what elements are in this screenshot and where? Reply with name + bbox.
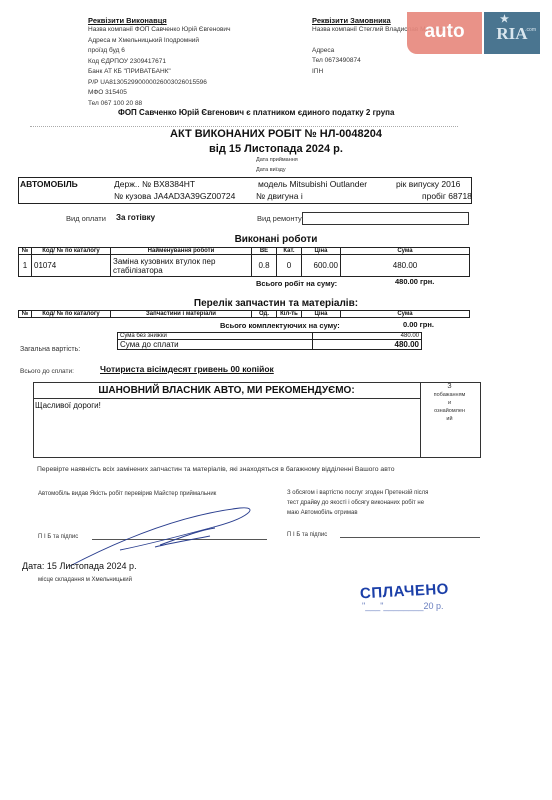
paid-stamp: СПЛАЧЕНО [360, 581, 450, 603]
acknowledged-column: З побажанням и ознайомлен ий [420, 383, 479, 423]
parts-title: Перелік запчастин та матеріалів: [0, 298, 552, 309]
repair-type-label: Вид ремонту [257, 214, 302, 225]
contractor-bank: Банк АТ КБ "ПРИВАТБАНК" [88, 67, 230, 78]
parts-col-code: Код/ № по каталогу [32, 311, 111, 318]
customer-ipn: ІПН [312, 67, 461, 78]
works-col-cat: Кат. [277, 248, 302, 255]
contractor-address-2: проїзд буд 6 [88, 46, 230, 57]
works-total-value: 480.00 грн. [395, 277, 434, 286]
recommend-text: Щасливої дороги! [35, 401, 101, 410]
payment-type-value: За готівку [116, 213, 155, 222]
works-cell-no: 1 [19, 255, 32, 277]
customer-phone: Тел 0673490874 [312, 56, 461, 67]
works-header-row: № Код/ № по каталогу Найменування роботи… [19, 248, 470, 255]
vehicle-mileage: пробіг 68718 [422, 191, 472, 201]
act-date: від 15 Листопада 2024 р. [0, 143, 552, 155]
to-pay-value: 480.00 [313, 340, 422, 350]
parts-col-no: № [19, 311, 32, 318]
parts-header-row: № Код/ № по каталогу Запчастини і матері… [19, 311, 470, 318]
works-table: № Код/ № по каталогу Найменування роботи… [18, 247, 470, 277]
left-signature-caption: Автомобіль видав Якість робіт перевірив … [38, 489, 216, 499]
logo-auto-text: auto [424, 21, 464, 42]
no-discount-label: Сума без знижки [118, 333, 313, 340]
autoria-logo-auto: auto [407, 12, 482, 54]
payment-type-label: Вид оплати [66, 214, 106, 225]
summary-row-no-discount: Сума без знижки 480.00 [118, 333, 422, 340]
ack-line-5: ий [420, 415, 479, 423]
right-signature-caption: З обсягом і вартістю послуг згоден Прете… [287, 488, 428, 518]
works-cell-price: 600.00 [302, 255, 341, 277]
footer-place: місце складання м Хмельницький [38, 575, 132, 585]
contractor-edrpou: Код ЄДРПОУ 2309417671 [88, 57, 230, 68]
ack-line-4: ознайомлен [420, 407, 479, 415]
date-received-label: Дата приймання [256, 157, 298, 163]
logo-com-text: .com [525, 8, 536, 52]
contractor-address: Адреса м Хмельницький Іподромний [88, 36, 230, 47]
works-col-sum: Сума [341, 248, 470, 255]
date-out-label: Дата виїзду [256, 167, 286, 173]
total-in-words-value: Чотириста вісімдесят гривень 00 копійок [100, 364, 274, 374]
parts-col-qty: Кіл-ть [277, 311, 302, 318]
vehicle-engine: № двигуна і [256, 191, 303, 201]
right-signature-line[interactable] [340, 537, 480, 538]
right-signature-label: П І Б та підпис [287, 530, 327, 540]
parts-col-price: Ціна [302, 311, 341, 318]
vehicle-plate: Держ.. № BX8384HT [114, 179, 195, 189]
vehicle-model: модель Mitsubishi Outlander [258, 179, 367, 189]
contractor-title: Реквізити Виконавця [88, 16, 230, 25]
works-title: Виконані роботи [0, 234, 552, 245]
footer-date: Дата: 15 Листопада 2024 р. [22, 561, 137, 571]
vehicle-label: АВТОМОБІЛЬ [20, 179, 78, 189]
works-col-name: Найменування роботи [111, 248, 252, 255]
works-cell-sum: 480.00 [341, 255, 470, 277]
works-cell-ve: 0.8 [252, 255, 277, 277]
autoria-logo-ria: ★ RIA .com [484, 12, 540, 54]
works-cell-code: 01074 [32, 255, 111, 277]
vehicle-vin: № кузова JA4AD3A39GZ00724 [114, 191, 235, 201]
act-title: АКТ ВИКОНАНИХ РОБІТ № НЛ-0048204 [0, 128, 552, 140]
right-caption-line-2: тест драйву до якості і обсягу виконаних… [287, 498, 428, 508]
vehicle-year: рік випуску 2016 [396, 179, 460, 189]
overall-cost-label: Загальна вартість: [20, 345, 80, 356]
right-caption-line-1: З обсягом і вартістю послуг згоден Прете… [287, 488, 428, 498]
summary-row-to-pay: Сума до сплати 480.00 [118, 340, 422, 350]
parts-total-label: Всього комплектуючих на суму: [220, 321, 340, 330]
summary-table: Сума без знижки 480.00 Сума до сплати 48… [117, 332, 422, 350]
contractor-block: Реквізити Виконавця Назва компанії ФОП С… [88, 16, 230, 109]
table-row: 1 01074 Заміна кузовних втулок перстабіл… [19, 255, 470, 277]
parts-col-sum: Сума [341, 311, 470, 318]
works-cell-cat: 0 [277, 255, 302, 277]
parts-total-value: 0.00 грн. [403, 320, 434, 329]
notice-text: Перевірте наявність всіх замінених запча… [37, 465, 394, 475]
parts-col-unit: Од. [252, 311, 277, 318]
works-col-ve: ВЕ [252, 248, 277, 255]
repair-type-field[interactable] [302, 212, 469, 225]
total-in-words-label: Всього до сплати: [20, 367, 74, 378]
parts-col-name: Запчастини і матеріали [111, 311, 252, 318]
right-caption-line-3: маю Автомобіль отримав [287, 508, 428, 518]
works-cell-name: Заміна кузовних втулок перстабілізатора [111, 255, 252, 277]
paid-stamp-date: "___"________20 р. [362, 601, 443, 611]
works-name-line-1: Заміна кузовних втулок пер [113, 257, 215, 266]
recommend-header: ШАНОВНИЙ ВЛАСНИК АВТО, МИ РЕКОМЕНДУЄМО: [33, 385, 420, 396]
to-pay-label: Сума до сплати [118, 340, 313, 350]
star-icon: ★ [500, 0, 509, 42]
signature-scribble-icon [60, 500, 260, 570]
recommend-divider [33, 398, 420, 399]
contractor-account: Р/Р UA813052990000026003026015596 [88, 78, 230, 89]
parts-table: № Код/ № по каталогу Запчастини і матері… [18, 310, 470, 318]
works-total-label: Всього робіт на суму: [256, 279, 337, 288]
works-col-price: Ціна [302, 248, 341, 255]
contractor-company: Назва компанії ФОП Савченко Юрій Євгенов… [88, 25, 230, 36]
works-col-no: № [19, 248, 32, 255]
no-discount-value: 480.00 [313, 333, 422, 340]
works-col-code: Код/ № по каталогу [32, 248, 111, 255]
ack-line-2: побажанням [420, 391, 479, 399]
ack-line-1: З [420, 383, 479, 391]
works-name-line-2: стабілізатора [113, 266, 163, 275]
contractor-mfo: МФО 315405 [88, 88, 230, 99]
divider [30, 126, 458, 127]
ack-line-3: и [420, 399, 479, 407]
tax-status: ФОП Савченко Юрій Євгенович є платником … [118, 108, 394, 117]
